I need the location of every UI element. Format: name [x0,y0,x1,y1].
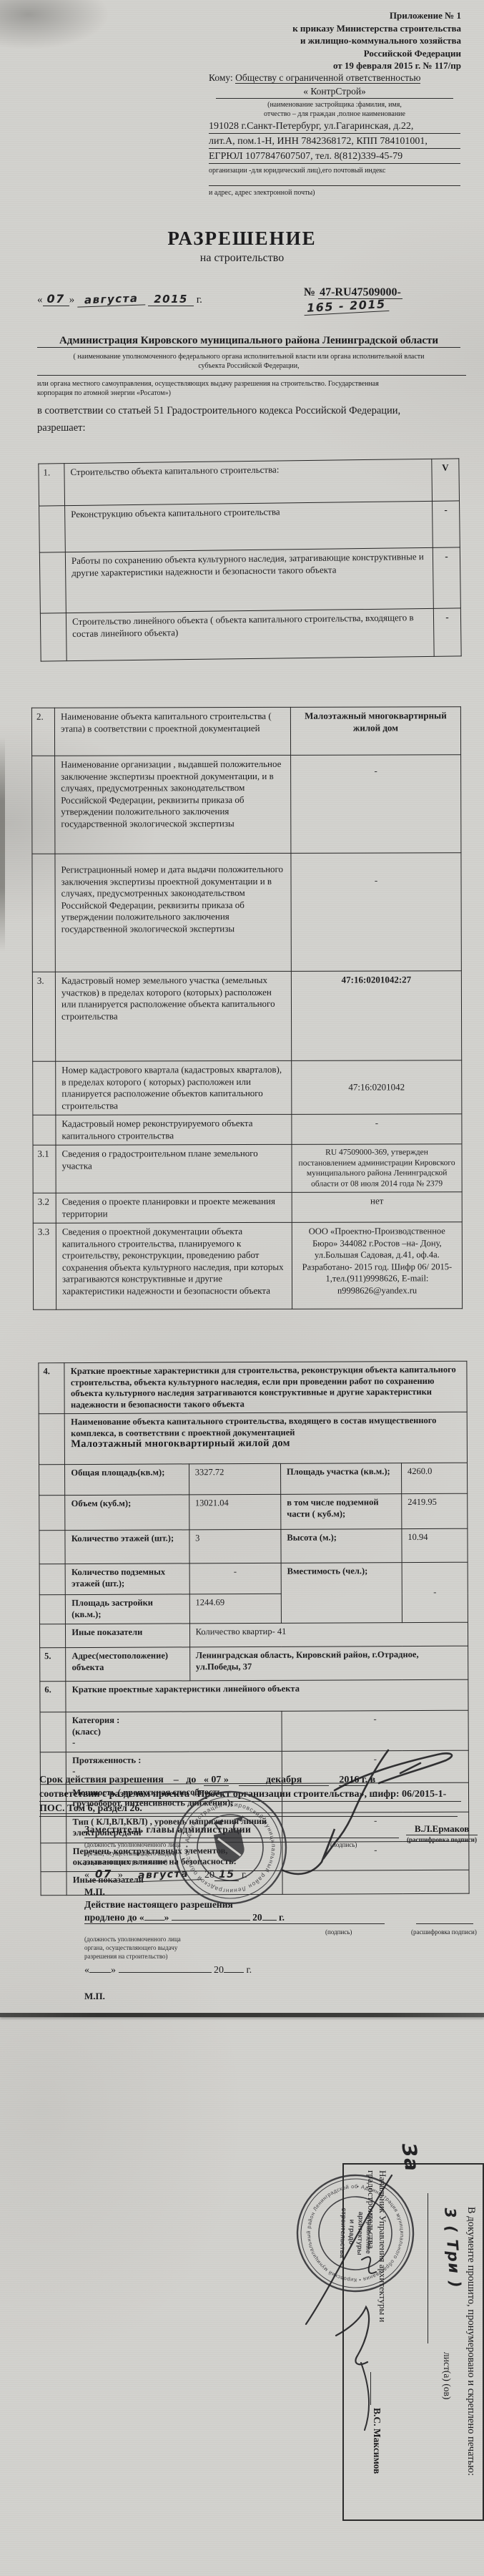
row-label: Кадастровый номер земельного участка (зе… [55,971,291,1061]
validity-pre: Срок действия разрешения [39,1775,164,1785]
number-printed: 47-RU47509000- [318,286,402,299]
table-row: Иные показатели Количество квартир- 41 [39,1622,468,1648]
year-suffix: г. [197,294,202,306]
row-number [39,1531,66,1564]
addressee-note: отчество – для граждан ,полное наименова… [209,109,460,119]
position-note: органа, осуществляющего выдачу [84,1849,177,1858]
table-row: Кадастровый номер реконструируемого объе… [33,1114,462,1146]
position-note: разрешения на строительство) [84,1858,168,1866]
grid-value: 3327.72 [189,1463,281,1495]
row-number: 3.1 [33,1145,56,1193]
binding-position: Начальник Управления архитектуры и градо… [365,2170,388,2342]
signature-note: (подпись) [330,1840,357,1849]
permit-number: № 47-RU47509000-165 - 2015 [304,286,484,313]
quote-open: « [84,1965,89,1976]
signature-line [84,1923,385,1924]
row-value: - [291,853,461,972]
grid-value: 2419.95 [402,1493,468,1528]
row-number [33,1061,56,1115]
row-number [33,1115,56,1145]
row-number [32,756,55,854]
blank-date-20: 20 [214,1965,224,1976]
quote-close: » [69,294,75,306]
row-value: RU 47509000-369, утвержден постановление… [292,1144,462,1193]
document-title: РАЗРЕШЕНИЕ [0,228,484,250]
table-row: Количество этажей (шт.); 3 Высота (м.); … [39,1528,468,1564]
blank-underline [144,1920,164,1921]
row-text: Реконструкцию объекта капитального строи… [65,501,433,552]
grid-label: Площадь участка (кв.м.); [280,1463,401,1495]
row-label: Кадастровый номер реконструируемого объе… [56,1114,292,1145]
prolong-text: 20 [252,1912,262,1923]
row-label: Сведения о градостроительном плане земел… [56,1144,292,1193]
appendix-line: от 19 февраля 2015 г. № 117/пр [161,59,461,72]
addressee-company-line1: Обществу с ограниченной ответственностью [235,72,420,84]
row-number [41,1843,67,1871]
blank-date: «» 20 г. [84,1965,252,1976]
validity-v: в [370,1775,376,1785]
row-label: Сведения о проекте планировки и проекте … [56,1192,292,1223]
issuer-note: ( наименование уполномоченного федеральн… [37,352,460,361]
signer-name-block: В.Л.Ермаков (расшифровка подписи) [406,1823,478,1844]
appendix-line: к приказу Министерства строительства [161,22,461,35]
grid-label: в том числе подземной части ( куб.м); [281,1494,402,1530]
quote-open: « [84,1870,89,1880]
linear-value: - [282,1710,468,1751]
coat-of-arms-icon [211,1815,252,1865]
stamp-place-mark: М.П. [84,1991,105,2002]
row-value: 47:16:0201042:27 [291,971,461,1061]
grid-label: Количество подземных этажей (шт.); [65,1563,189,1595]
section6-header: Краткие проектные характеристики линейно… [66,1679,468,1712]
quote-close: » [118,1870,123,1880]
grid-value: 13021.04 [189,1494,281,1530]
linear-value: - [282,1841,469,1870]
prolong-line2: продлено до «» 20 г. [84,1912,285,1923]
blank-underline [209,175,460,186]
addressee-address3: ЕГРЮЛ 1077847607507, тел. 8(812)339-45-7… [209,150,460,164]
row-number: 1. [39,464,65,506]
table-row: Реконструкцию объекта капитального строи… [39,501,460,552]
validity-year: 2016 г. [339,1775,367,1786]
issue-date-month: августа [77,291,146,307]
table-row: 4. Краткие проектные характеристики для … [39,1361,467,1414]
table-row: 3.3 Сведения о проектной документации об… [33,1222,462,1310]
appendix-line: Приложение № 1 [161,9,461,22]
signature-line [416,1923,473,1924]
blank-underline [224,1972,244,1973]
table-row: Регистрационный номер и дата выдачи поло… [32,853,461,972]
row-value: ООО «Проектно-Производственное Бюро» 344… [292,1222,462,1309]
position-note: (должность уполномоченного лица [84,1840,181,1849]
table-row: Работы по сохранению объекта культурного… [39,547,460,613]
linear-value [282,1870,469,1894]
issuer-note: или органа местного самоуправления, осущ… [37,379,460,389]
table-row: Наименование организации , выдавшей поло… [32,755,461,854]
sign-date-day: 07 [89,1868,118,1881]
grid-label: Площадь застройки (кв.м.); [66,1594,189,1624]
number-label: № [304,286,315,298]
appendix-line: и жилищно-коммунального хозяйства [161,34,461,47]
object-name: Малоэтажный многоквартирный жилой дом [71,1438,290,1450]
position-note: (должность уполномоченного лица [84,1935,181,1943]
row-value: 47:16:0201042 [292,1060,462,1115]
binding-za-handwritten: За [397,2142,423,2173]
signer-name: В.Л.Ермаков [406,1823,478,1835]
table-row: Общая площадь(кв.м); 3327.72 Площадь уча… [39,1463,468,1496]
year-suffix: г. [247,1965,252,1976]
row-mark: - [433,608,461,656]
row-number: 5. [40,1648,66,1682]
row-number: 3.3 [33,1223,56,1309]
row-number: 6. [40,1682,66,1712]
row-label: Наименование организации , выдавшей поло… [55,755,291,854]
position-note: разрешения на строительство) [84,1952,168,1961]
addressee-address2: лит.А, пом.1-Н, ИНН 7842368172, КПП 7841… [209,135,460,149]
row-number [39,1595,66,1624]
row-number: 4. [39,1363,65,1414]
row-number [40,613,66,661]
permit-type-table: 1. Строительство объекта капитального ст… [38,458,461,661]
blank-underline [89,1972,111,1973]
binding-sheets-label: лист(а) (ов) [441,2352,453,2399]
table-row: 3.2 Сведения о проекте планировки и прое… [33,1192,462,1224]
binding-name: В.С. Максимов [371,2408,382,2501]
signature-note: (расшифровка подписи) [411,1928,477,1936]
row-number [39,552,66,613]
appendix-header: Приложение № 1 к приказу Министерства ст… [161,9,461,72]
row-label: Сведения о проектной документации объект… [56,1222,292,1309]
grid-value: 3 [189,1529,282,1563]
subheader-text: Наименование объекта капитального строит… [71,1415,436,1438]
issuer-note: субъекта Российской Федерации, [37,361,460,371]
addressee-address1: 191028 г.Санкт-Петербург, ул.Гагаринская… [209,120,460,134]
scanned-permit-page: Приложение № 1 к приказу Министерства ст… [0,0,484,2576]
row-value: Малоэтажный многоквартирный жилой дом [290,707,460,756]
page-break-shadow [0,2013,484,2017]
binding-line1: В документе прошито, пронумеровано и скр… [465,2176,477,2507]
prolong-text: г. [279,1912,285,1923]
row-number [39,506,66,552]
binding-label-box: В документе прошито, пронумеровано и скр… [342,2163,484,2521]
signer-name-note: (расшифровка подписи) [406,1835,478,1844]
stamp-place-mark: М.П. [84,1886,105,1898]
intro-line2: разрешает: [37,422,466,434]
table-row: Категория : (класс) - - [40,1710,468,1752]
table-row: 1. Строительство объекта капитального ст… [39,459,460,506]
section4-subheader: Наименование объекта капитального строит… [65,1412,468,1464]
validity-do: до [186,1775,196,1785]
row-number: 3. [32,972,55,1061]
blank-underline [428,2193,443,2343]
prolong-text: продлено до « [84,1912,144,1923]
row-number [32,854,55,972]
blank-underline [119,1972,212,1973]
table-row: 3. Кадастровый номер земельного участка … [32,971,461,1062]
row-label: Регистрационный номер и дата выдачи поло… [55,853,291,972]
grid-label: Вместимость (чел.); [281,1563,402,1624]
grid-label: Высота (м.); [281,1529,402,1563]
position-note: органа, осуществляющего выдачу [84,1943,177,1952]
validity-line1: Срок действия разрешения – до « 07 » дек… [39,1773,461,1787]
row-number: 2. [31,708,54,756]
validity-day: « 07 » [204,1775,229,1786]
addressee-company-line2: « КонтрСтрой» [216,85,453,99]
table-row: Объем (куб.м); 13021.04 в том числе подз… [39,1493,468,1531]
row-mark: - [433,501,460,547]
number-handwritten: 165 - 2015 [304,297,390,316]
addressee-note: и адрес, адрес электронной почты) [209,188,460,197]
blank-underline [172,1920,250,1921]
other-label: Иные показатели [66,1624,189,1648]
addressee-block: Кому: Обществу с ограниченной ответствен… [209,72,460,197]
section4-header: Краткие проектные характеристики для стр… [64,1361,467,1413]
row-number [39,1564,66,1595]
intro-line1: в соответствии со статьей 51 Градостроит… [37,405,466,417]
round-stamp-administration: • Администрация • Кировский муниципальны… [170,1787,290,1908]
document-subtitle: на строительство [0,252,484,265]
object-details-table: 2. Наименование объекта капитального стр… [31,706,463,1310]
blank-underline [37,375,466,376]
issue-date: «07» августа 2015 г. [37,292,202,306]
address-label: Адрес(местоположение) объекта [66,1647,189,1682]
grid-value: - [402,1562,468,1622]
row-text: Строительство объекта капитального строи… [64,459,433,505]
table-row: 6. Краткие проектные характеристики лине… [40,1679,468,1712]
appendix-line: Российской Федерации [161,47,461,60]
table-row: Наименование объекта капитального строит… [39,1412,467,1465]
row-label: Наименование объекта капитального строит… [54,707,290,756]
issue-date-year: 2015 [148,293,194,306]
table-row: Номер кадастрового квартала (кадастровых… [33,1060,462,1116]
row-text: Работы по сохранению объекта культурного… [65,547,433,613]
issue-date-day: 07 [43,292,69,306]
table-row: Строительство линейного объекта ( объект… [40,608,461,661]
row-number [41,1871,67,1895]
row-number [39,1624,66,1648]
grid-label: Общая площадь(кв.м); [65,1464,189,1496]
signature-note: (подпись) [325,1928,352,1936]
row-label: Номер кадастрового квартала (кадастровых… [56,1060,292,1115]
blank-underline [262,1920,277,1921]
grid-label: Количество этажей (шт.); [65,1530,189,1564]
row-number [39,1465,66,1496]
table-row: 3.1 Сведения о градостроительном плане з… [33,1144,462,1194]
table-row: Количество подземных этажей (шт.); - Вме… [39,1562,468,1595]
grid-label: Объем (куб.м); [65,1495,189,1531]
row-number [40,1712,66,1752]
grid-value: 4260.0 [401,1463,467,1493]
addressee-note: организации -для юридический лиц),его по… [209,166,460,175]
signature-line [370,2372,371,2405]
validity-dash: – [174,1775,179,1785]
other-value: Количество квартир- 41 [189,1622,468,1647]
row-value: - [291,755,461,854]
prolong-text: » [164,1912,169,1923]
row-value: - [292,1114,462,1145]
quote-close: » [111,1965,116,1976]
grid-value: - [189,1563,282,1594]
grid-value: 1244.69 [189,1594,282,1624]
row-number: 3.2 [33,1193,56,1223]
table-row: 5. Адрес(местоположение) объекта Ленингр… [40,1646,468,1682]
issuer-name: Администрация Кировского муниципального … [37,335,460,348]
row-number [41,1813,67,1843]
binding-count-handwritten: 3 ( Три ) [441,2207,464,2289]
row-mark: - [433,547,460,608]
addressee-label: Кому: [209,72,233,83]
row-value: нет [292,1192,462,1223]
row-text: Строительство линейного объекта ( объект… [66,608,434,660]
issuer-note: корпорация по атомной энергии «Росатом») [37,389,460,398]
addressee-note: (наименование застройщика :фамилия, имя, [209,100,460,109]
row-number [39,1496,66,1531]
row-mark: V [432,459,460,501]
row-number [39,1414,65,1465]
addressee-line1: Кому: Обществу с ограниченной ответствен… [209,72,460,84]
validity-month: декабря [239,1775,330,1786]
table-row: 2. Наименование объекта капитального стр… [31,707,460,756]
quote-open: « [37,294,43,306]
address-value: Ленинградская область, Кировский район, … [189,1646,468,1681]
linear-label: Категория : (класс) - [66,1711,282,1752]
grid-value: 10.94 [402,1528,468,1562]
scan-artifact [0,737,5,952]
